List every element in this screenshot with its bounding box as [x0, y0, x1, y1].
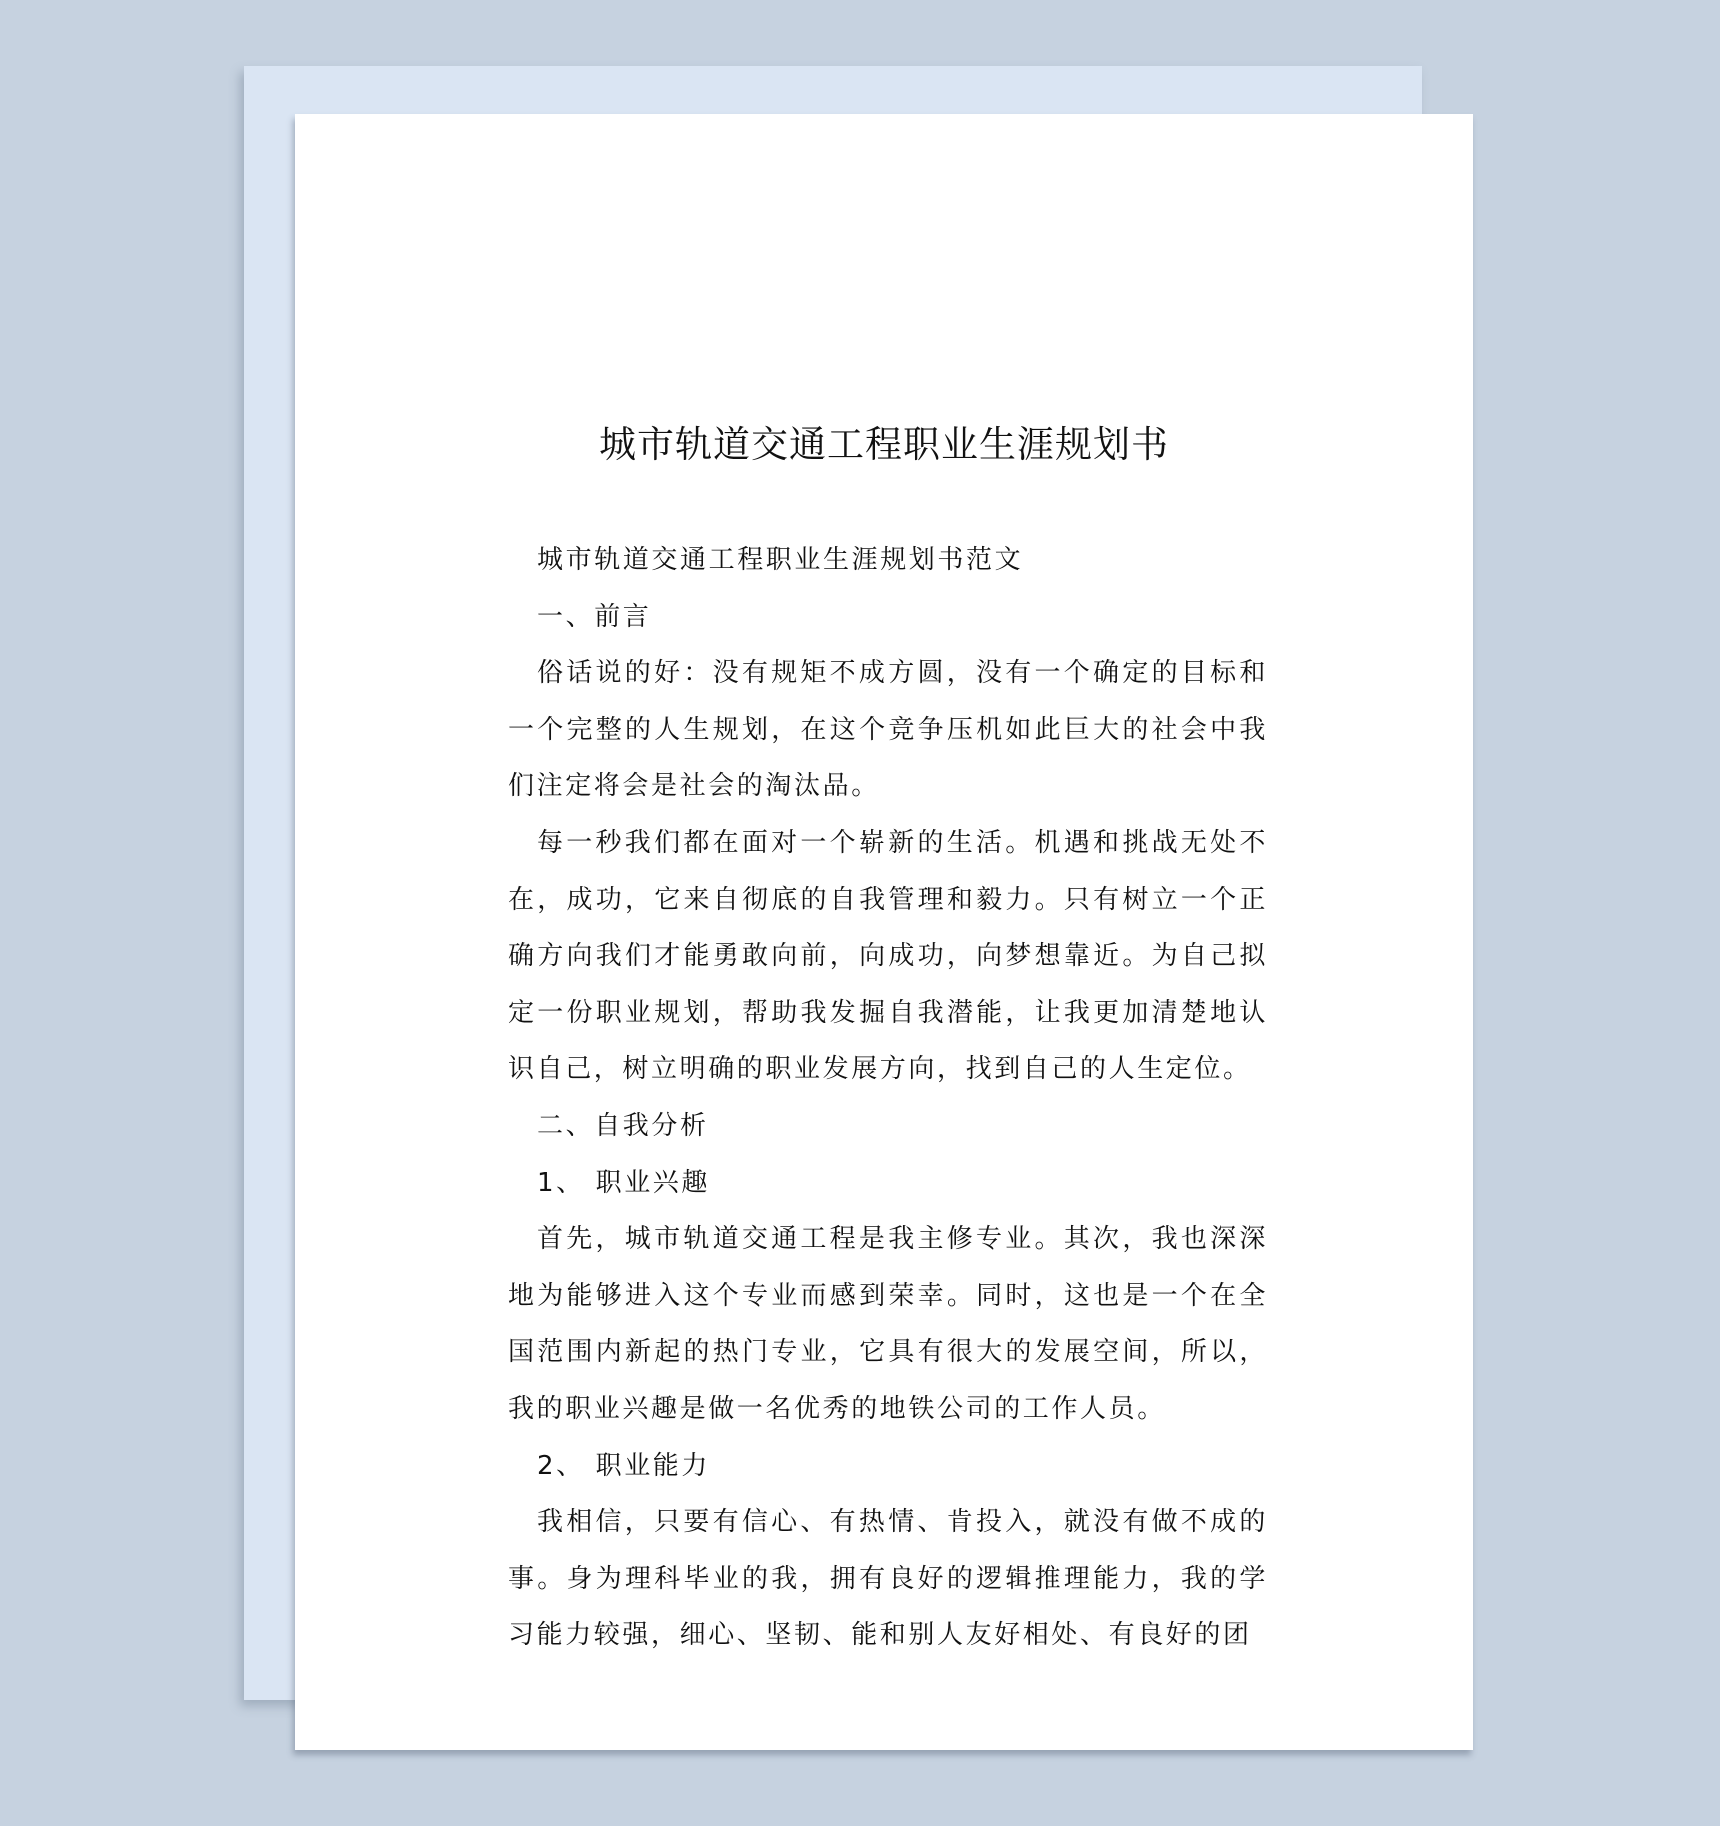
paragraph: 首先，城市轨道交通工程是我主修专业。其次，我也深深地为能够进入这个专业而感到荣幸…	[508, 1211, 1268, 1437]
paragraph: 每一秒我们都在面对一个崭新的生活。机遇和挑战无处不在，成功，它来自彻底的自我管理…	[508, 815, 1268, 1098]
document-title: 城市轨道交通工程职业生涯规划书	[295, 414, 1473, 468]
document-body: 城市轨道交通工程职业生涯规划书范文 一、前言 俗话说的好：没有规矩不成方圆，没有…	[508, 532, 1268, 1664]
section-heading-preface: 一、前言	[508, 589, 1268, 646]
document-page: 城市轨道交通工程职业生涯规划书 城市轨道交通工程职业生涯规划书范文 一、前言 俗…	[295, 114, 1473, 1750]
subsection-heading-career-ability: 2、 职业能力	[508, 1438, 1268, 1495]
subsection-heading-career-interest: 1、 职业兴趣	[508, 1155, 1268, 1212]
section-heading-self-analysis: 二、自我分析	[508, 1098, 1268, 1155]
paragraph: 俗话说的好：没有规矩不成方圆，没有一个确定的目标和一个完整的人生规划，在这个竞争…	[508, 645, 1268, 815]
subtitle-heading: 城市轨道交通工程职业生涯规划书范文	[508, 532, 1268, 589]
paragraph: 我相信，只要有信心、有热情、肯投入，就没有做不成的事。身为理科毕业的我，拥有良好…	[508, 1494, 1268, 1664]
